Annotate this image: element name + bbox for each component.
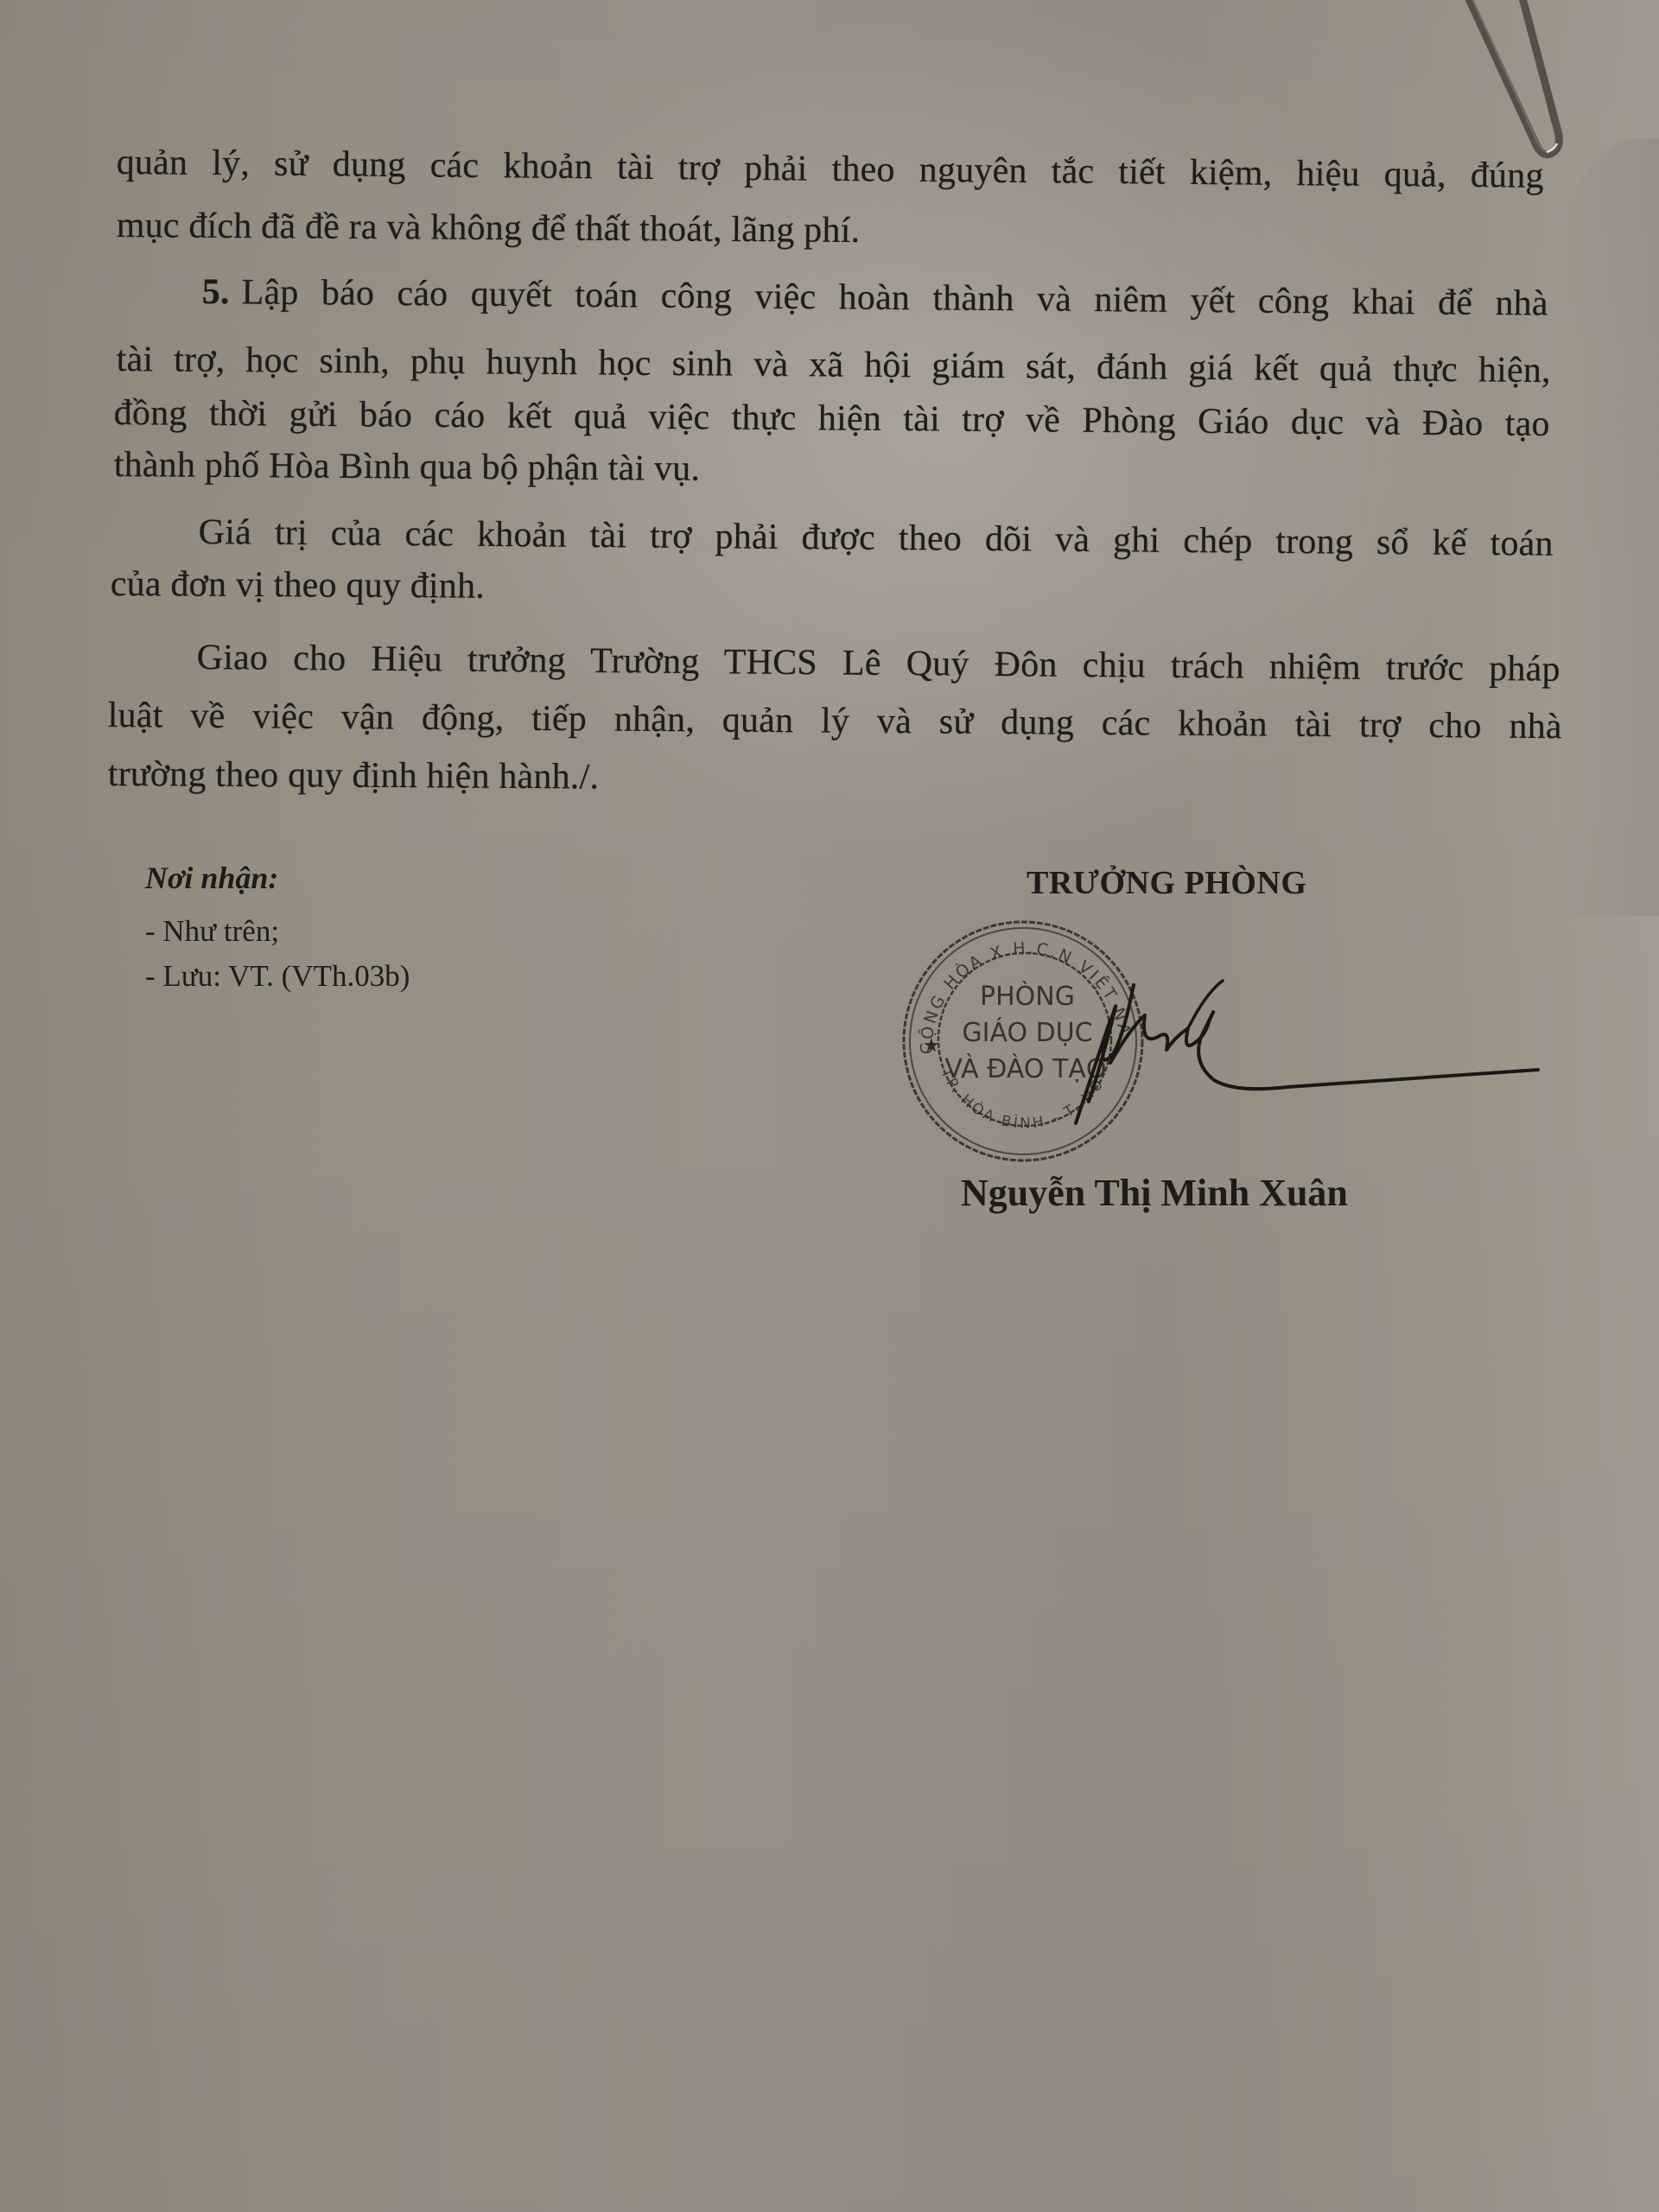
signer-name: Nguyễn Thị Minh Xuân xyxy=(961,1171,1348,1215)
item-number: 5. xyxy=(202,268,230,317)
assign-paragraph-line-3: trường theo quy định hiện hành./. xyxy=(108,750,600,802)
recipient-item: - Như trên; xyxy=(145,914,279,949)
paper-clip-icon xyxy=(1460,0,1590,173)
handwritten-signature xyxy=(1028,959,1547,1141)
recipient-item: - Lưu: VT. (VTh.03b) xyxy=(145,959,410,994)
page-curl-shadow xyxy=(1555,138,1659,916)
value-paragraph-line-2: của đơn vị theo quy định. xyxy=(111,560,485,612)
signer-title: TRƯỞNG PHÒNG xyxy=(1027,864,1306,902)
item-5-line-4: thành phố Hòa Bình qua bộ phận tài vụ. xyxy=(114,441,701,494)
svg-text:★: ★ xyxy=(923,1035,940,1057)
recipients-title: Nơi nhận: xyxy=(145,860,278,896)
body-line: mục đích đã đề ra và không để thất thoát… xyxy=(117,201,861,256)
